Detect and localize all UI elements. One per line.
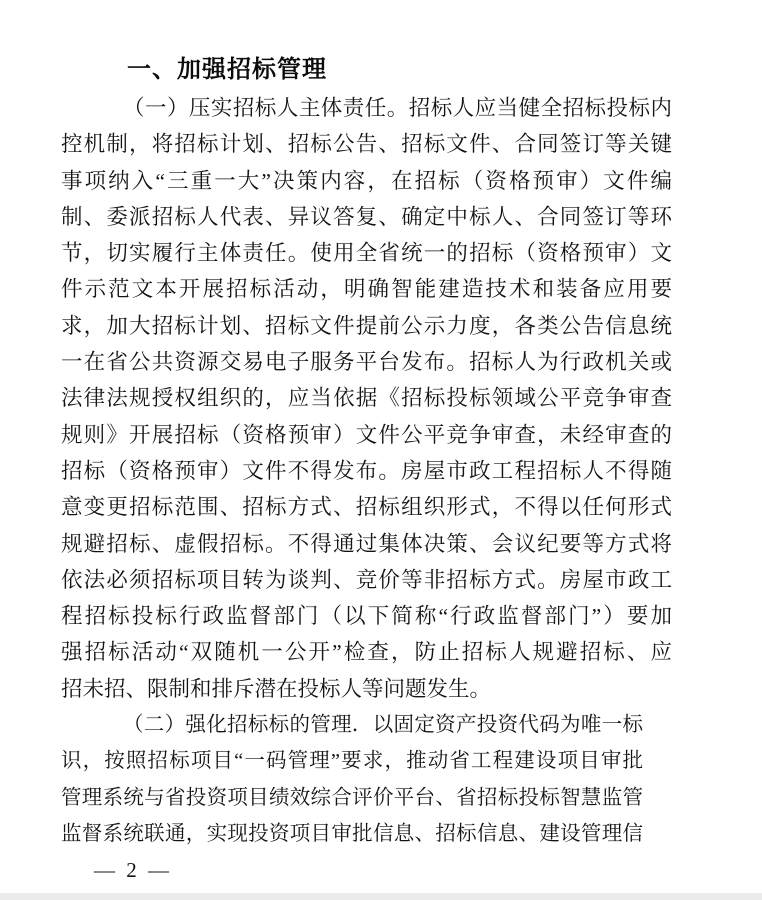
text-line: 程招标投标行政监督部门（以下简称“行政监督部门”）要加 — [61, 598, 672, 634]
text-line: 事项纳入“三重一大”决策内容，在招标（资格预审）文件编 — [61, 163, 672, 199]
text-line: 规则》开展招标（资格预审）文件公平竞争审查，未经审查的 — [61, 417, 672, 453]
page-number: — 2 — — [94, 858, 172, 883]
text-line: 规避招标、虚假招标。不得通过集体决策、会议纪要等方式将 — [61, 526, 672, 562]
text-line: 强招标活动“双随机一公开”检查，防止招标人规避招标、应 — [61, 634, 672, 670]
text-line: （一）压实招标人主体责任。招标人应当健全招标投标内 — [61, 90, 672, 126]
text-line: 依法必须招标项目转为谈判、竞价等非招标方式。房屋市政工 — [61, 562, 672, 598]
text-line: 一在省公共资源交易电子服务平台发布。招标人为行政机关或 — [61, 344, 672, 380]
document-content: 一、加强招标管理 （一）压实招标人主体责任。招标人应当健全招标投标内 控机制，将… — [61, 50, 672, 852]
text-line: 件示范文本开展招标活动，明确智能建造技术和装备应用要 — [61, 271, 672, 307]
text-line: 控机制，将招标计划、招标公告、招标文件、合同签订等关键 — [61, 126, 672, 162]
text-line: 意变更招标范围、招标方式、招标组织形式，不得以任何形式 — [61, 489, 672, 525]
text-line: （二）强化招标标的管理．以固定资产投资代码为唯一标 — [61, 707, 643, 743]
section-heading: 一、加强招标管理 — [61, 50, 672, 90]
text-line: 求，加大招标计划、招标文件提前公示力度，各类公告信息统 — [61, 308, 672, 344]
text-line: 节，切实履行主体责任。使用全省统一的招标（资格预审）文 — [61, 235, 672, 271]
text-line: 法律法规授权组织的，应当依据《招标投标领域公平竞争审查 — [61, 380, 672, 416]
scan-edge-artifact — [0, 893, 762, 900]
text-line: 监督系统联通，实现投资项目审批信息、招标信息、建设管理信 — [61, 816, 643, 852]
text-line: 招未招、限制和排斥潜在投标人等问题发生。 — [61, 671, 672, 707]
text-line: 制、委派招标人代表、异议答复、确定中标人、合同签订等环 — [61, 199, 672, 235]
text-line: 管理系统与省投资项目绩效综合评价平台、省招标投标智慧监管 — [61, 780, 643, 816]
text-line: 识，按照招标项目“一码管理”要求，推动省工程建设项目审批 — [61, 743, 643, 779]
text-line: 招标（资格预审）文件不得发布。房屋市政工程招标人不得随 — [61, 453, 672, 489]
document-page: 一、加强招标管理 （一）压实招标人主体责任。招标人应当健全招标投标内 控机制，将… — [0, 0, 762, 900]
